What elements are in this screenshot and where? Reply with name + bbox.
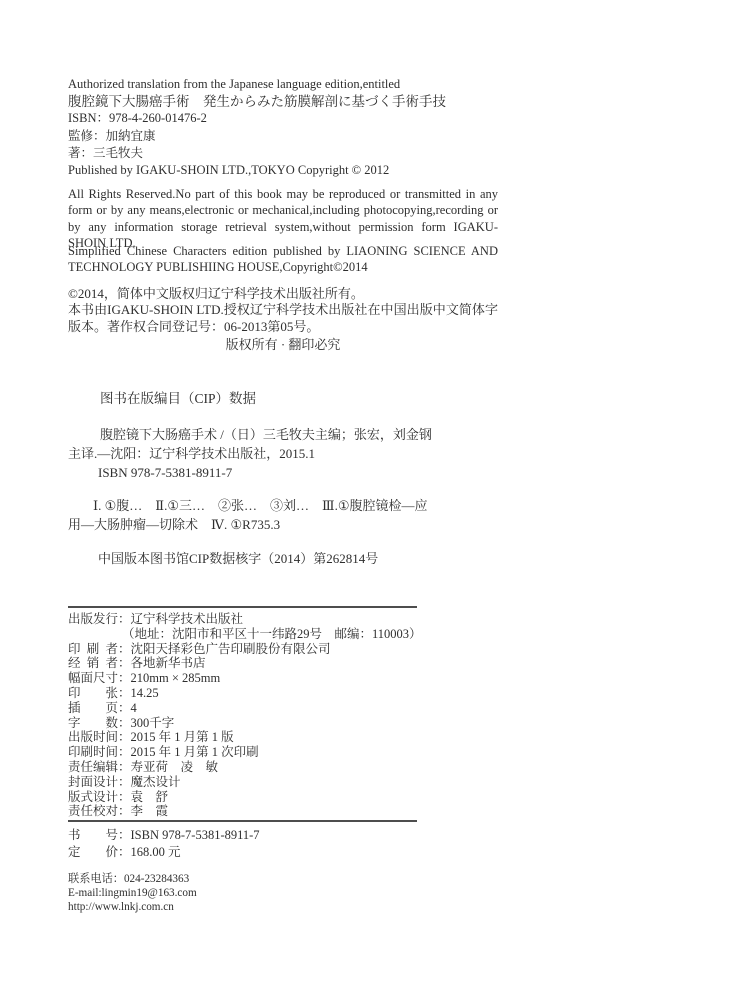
publication-row-dimensions: 幅面尺寸：210mm × 285mm	[68, 671, 498, 686]
field-label: 印刷时间	[68, 745, 118, 760]
field-value: 210mm × 285mm	[131, 671, 221, 685]
field-label: 责任校对	[68, 804, 118, 819]
all-rights-reserved-paragraph: All Rights Reserved.No part of this book…	[68, 186, 498, 252]
field-value: 14.25	[131, 686, 159, 700]
publication-row-proofreader: 责任校对：李 霞	[68, 804, 498, 819]
field-value: 李 霞	[131, 804, 169, 818]
label-colon: ：	[118, 671, 131, 685]
publication-row-sheets: 印张：14.25	[68, 686, 498, 701]
cip-entry-line2: 主译.—沈阳：辽宁科学技术出版社，2015.1	[68, 445, 498, 464]
field-label: 出版发行	[68, 612, 118, 627]
field-label: 责任编辑	[68, 760, 118, 775]
publication-row-inserts: 插页：4	[68, 701, 498, 716]
simplified-edition-paragraph: Simplified Chinese Characters edition pu…	[68, 243, 498, 276]
field-label: 印张	[68, 686, 118, 701]
publication-row-publisher: 出版发行：辽宁科学技术出版社	[68, 612, 498, 627]
publication-row-layoutdesign: 版式设计：袁 舒	[68, 790, 498, 805]
field-value: 各地新华书店	[131, 656, 206, 670]
original-edition-block: Authorized translation from the Japanese…	[68, 76, 498, 179]
japanese-title: 腹腔鏡下大腸癌手術 発生からみた筋膜解剖に基づく手術手技	[68, 93, 498, 110]
chinese-copyright-block: ©2014，简体中文版权归辽宁科学技术出版社所有。 本书由IGAKU-SHOIN…	[68, 286, 498, 354]
cip-class-line1: Ⅰ. ①腹… Ⅱ.①三… ②张… ③刘… Ⅲ.①腹腔镜检—应	[68, 497, 498, 516]
divider-rule-bottom	[68, 820, 417, 822]
publication-row-editor: 责任编辑：寿亚荷 凌 敏	[68, 760, 498, 775]
publication-row-printdate: 印刷时间：2015 年 1 月第 1 次印刷	[68, 745, 498, 760]
divider-rule-top	[68, 606, 417, 608]
cip-classification-block: Ⅰ. ①腹… Ⅱ.①三… ②张… ③刘… Ⅲ.①腹腔镜检—应 用—大肠肿瘤—切除…	[68, 497, 498, 534]
cip-registry-number: 中国版本图书馆CIP数据核字（2014）第262814号	[68, 548, 528, 567]
field-value: 2015 年 1 月第 1 版	[131, 730, 234, 744]
field-value: ISBN 978-7-5381-8911-7	[131, 828, 260, 842]
label-colon: ：	[118, 760, 131, 774]
contact-email: E-mail:lingmin19@163.com	[68, 887, 498, 901]
cip-class-line2: 用—大肠肿瘤—切除术 Ⅳ. ①R735.3	[68, 516, 498, 535]
field-label: 插页	[68, 701, 118, 716]
field-label: 经销者	[68, 656, 118, 671]
label-colon: ：	[118, 745, 131, 759]
contact-phone: 联系电话：024-23284363	[68, 873, 498, 887]
authorized-translation-line: Authorized translation from the Japanese…	[68, 76, 498, 93]
cip-heading: 图书在版编目（CIP）数据	[68, 387, 530, 407]
publication-row-distributor: 经销者：各地新华书店	[68, 656, 498, 671]
label-colon: ：	[118, 790, 131, 804]
contact-block: 联系电话：024-23284363 E-mail:lingmin19@163.c…	[68, 873, 498, 915]
label-colon: ：	[118, 730, 131, 744]
label-colon: ：	[118, 656, 131, 670]
label-colon: ：	[118, 775, 131, 789]
isbn-price-block: 书号：ISBN 978-7-5381-8911-7 定价：168.00 元	[68, 827, 498, 861]
copyright-page: Authorized translation from the Japanese…	[0, 0, 730, 998]
publisher-address-note: （地址：沈阳市和平区十一纬路29号 邮编：110003）	[68, 627, 498, 642]
field-label: 书号	[68, 827, 118, 844]
publisher-copyright-line: Published by IGAKU-SHOIN LTD.,TOKYO Copy…	[68, 162, 498, 179]
field-value: 寿亚荷 凌 敏	[131, 760, 219, 774]
field-label: 版式设计	[68, 790, 118, 805]
label-colon: ：	[118, 716, 131, 730]
field-value: 辽宁科学技术出版社	[131, 612, 244, 626]
reprint-forbidden-notice: 版权所有 · 翻印必究	[68, 337, 498, 353]
field-value: 300千字	[131, 716, 175, 730]
price-row: 定价：168.00 元	[68, 844, 498, 861]
field-value: 沈阳天择彩色广告印刷股份有限公司	[131, 642, 331, 656]
publication-row-wordcount: 字数：300千字	[68, 716, 498, 731]
field-value: 168.00 元	[131, 845, 181, 859]
label-colon: ：	[118, 701, 131, 715]
label-colon: ：	[118, 642, 131, 656]
field-label: 字数	[68, 716, 118, 731]
field-label: 定价	[68, 844, 118, 861]
field-value: 2015 年 1 月第 1 次印刷	[131, 745, 259, 759]
book-number-row: 书号：ISBN 978-7-5381-8911-7	[68, 827, 498, 844]
cip-entry-block: 腹腔镜下大肠癌手术 /（日）三毛牧夫主编；张宏，刘金钢 主译.—沈阳：辽宁科学技…	[68, 426, 498, 483]
field-label: 幅面尺寸	[68, 671, 118, 686]
cn-copyright-line: ©2014，简体中文版权归辽宁科学技术出版社所有。	[68, 286, 498, 302]
label-colon: ：	[118, 845, 131, 859]
field-value: 袁 舒	[131, 790, 169, 804]
publication-row-coverdesign: 封面设计：魔杰设计	[68, 775, 498, 790]
label-colon: ：	[118, 804, 131, 818]
author-line: 著：三毛牧夫	[68, 145, 498, 162]
field-label: 封面设计	[68, 775, 118, 790]
publication-row-pubdate: 出版时间：2015 年 1 月第 1 版	[68, 730, 498, 745]
cip-entry-line1: 腹腔镜下大肠癌手术 /（日）三毛牧夫主编；张宏，刘金钢	[68, 426, 498, 445]
contact-website: http://www.lnkj.com.cn	[68, 901, 498, 915]
publication-info-block: 出版发行：辽宁科学技术出版社 （地址：沈阳市和平区十一纬路29号 邮编：1100…	[68, 612, 498, 819]
field-label: 出版时间	[68, 730, 118, 745]
publication-row-printer: 印刷者：沈阳天择彩色广告印刷股份有限公司	[68, 642, 498, 657]
original-isbn: ISBN：978-4-260-01476-2	[68, 110, 498, 127]
label-colon: ：	[118, 612, 131, 626]
field-label: 印刷者	[68, 642, 118, 657]
label-colon: ：	[118, 828, 131, 842]
cn-license-line: 本书由IGAKU-SHOIN LTD.授权辽宁科学技术出版社在中国出版中文简体字…	[68, 302, 498, 335]
field-value: 魔杰设计	[131, 775, 181, 789]
cip-isbn: ISBN 978-7-5381-8911-7	[68, 464, 498, 483]
label-colon: ：	[118, 686, 131, 700]
supervisor-line: 監修：加納宜康	[68, 128, 498, 145]
field-value: 4	[131, 701, 137, 715]
